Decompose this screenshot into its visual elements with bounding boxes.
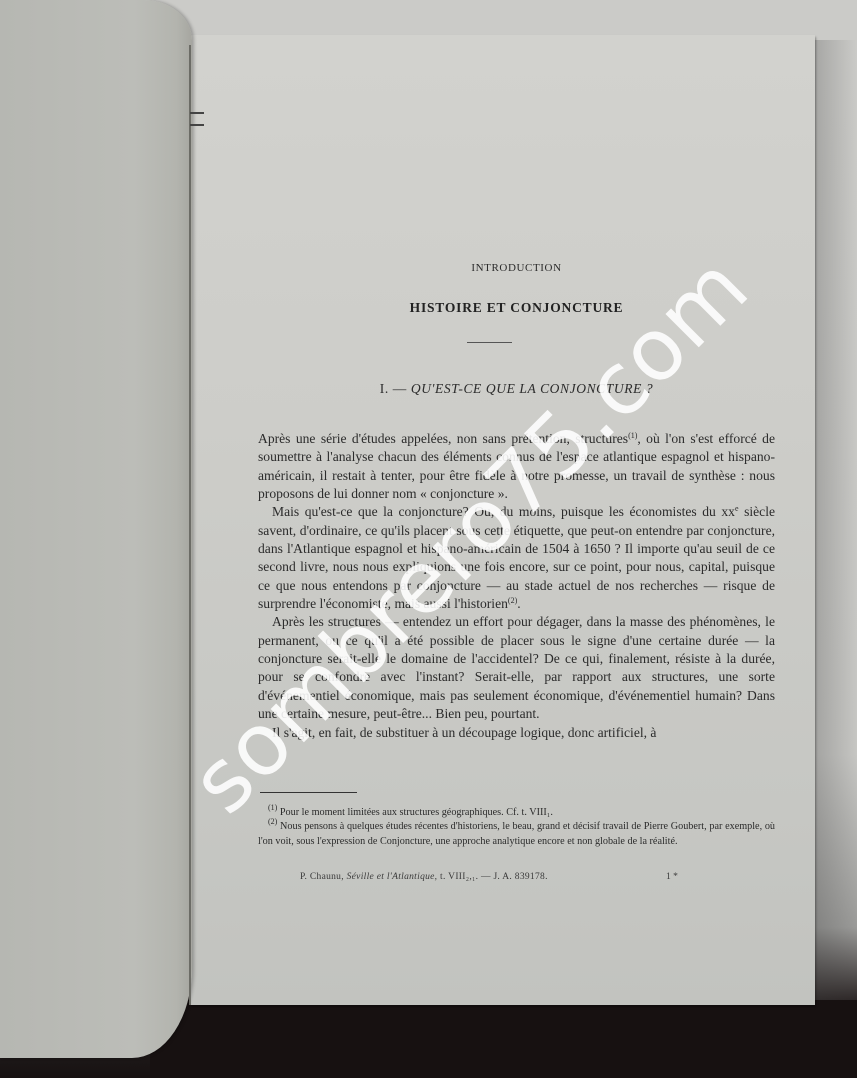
- footnote-mark: (1): [268, 803, 277, 812]
- page-edge-shadow: [815, 40, 857, 1078]
- signature-volume: t. VIII₂,₁. — J. A. 839178.: [440, 872, 548, 882]
- printer-signature-line: P. Chaunu, Séville et l'Atlantique, t. V…: [300, 872, 680, 882]
- footnote: (1) Pour le moment limitées aux structur…: [258, 806, 775, 820]
- signature-work: Séville et l'Atlantique,: [347, 872, 438, 882]
- signature-author: P. Chaunu,: [300, 872, 344, 882]
- table-surface: [150, 1000, 857, 1078]
- chapter-title: HISTOIRE ET CONJONCTURE: [258, 300, 775, 316]
- paragraph: Mais qu'est-ce que la conjoncture? Ou, d…: [258, 503, 775, 613]
- footnotes: (1) Pour le moment limitées aux structur…: [258, 806, 775, 849]
- footnote-ref: (1): [628, 431, 637, 440]
- paragraph-text: .: [517, 596, 520, 611]
- chapter-kicker: INTRODUCTION: [258, 262, 775, 274]
- footnote-ref: (2): [508, 596, 517, 605]
- gutter-tick-mark: [190, 124, 204, 126]
- body-text: Après une série d'études appelées, non s…: [258, 430, 775, 742]
- gutter-tick-mark: [190, 112, 204, 114]
- footnote-mark: (2): [268, 817, 277, 826]
- footnote-text: Nous pensons à quelques études récentes …: [258, 821, 775, 846]
- left-page-verso: [0, 0, 192, 1058]
- footnote-separator: [260, 792, 357, 793]
- paragraph: Après une série d'études appelées, non s…: [258, 430, 775, 503]
- paragraph: Après les structures — entendez un effor…: [258, 613, 775, 723]
- sheet-number: 1 *: [666, 872, 678, 882]
- footnote: (2) Nous pensons à quelques études récen…: [258, 820, 775, 849]
- footnote-text: Pour le moment limitées aux structures g…: [280, 807, 553, 818]
- paragraph: Il s'agit, en fait, de substituer à un d…: [258, 724, 775, 742]
- section-number: I. —: [380, 381, 407, 396]
- title-rule: [467, 342, 512, 343]
- paragraph-text: Après une série d'études appelées, non s…: [258, 431, 628, 446]
- paragraph-text: Mais qu'est-ce que la conjoncture? Ou, d…: [272, 504, 735, 519]
- book-gutter: [189, 45, 191, 1005]
- section-heading-text: QU'EST-CE QUE LA CONJONCTURE ?: [411, 381, 653, 396]
- section-heading: I. — QU'EST-CE QUE LA CONJONCTURE ?: [258, 381, 775, 397]
